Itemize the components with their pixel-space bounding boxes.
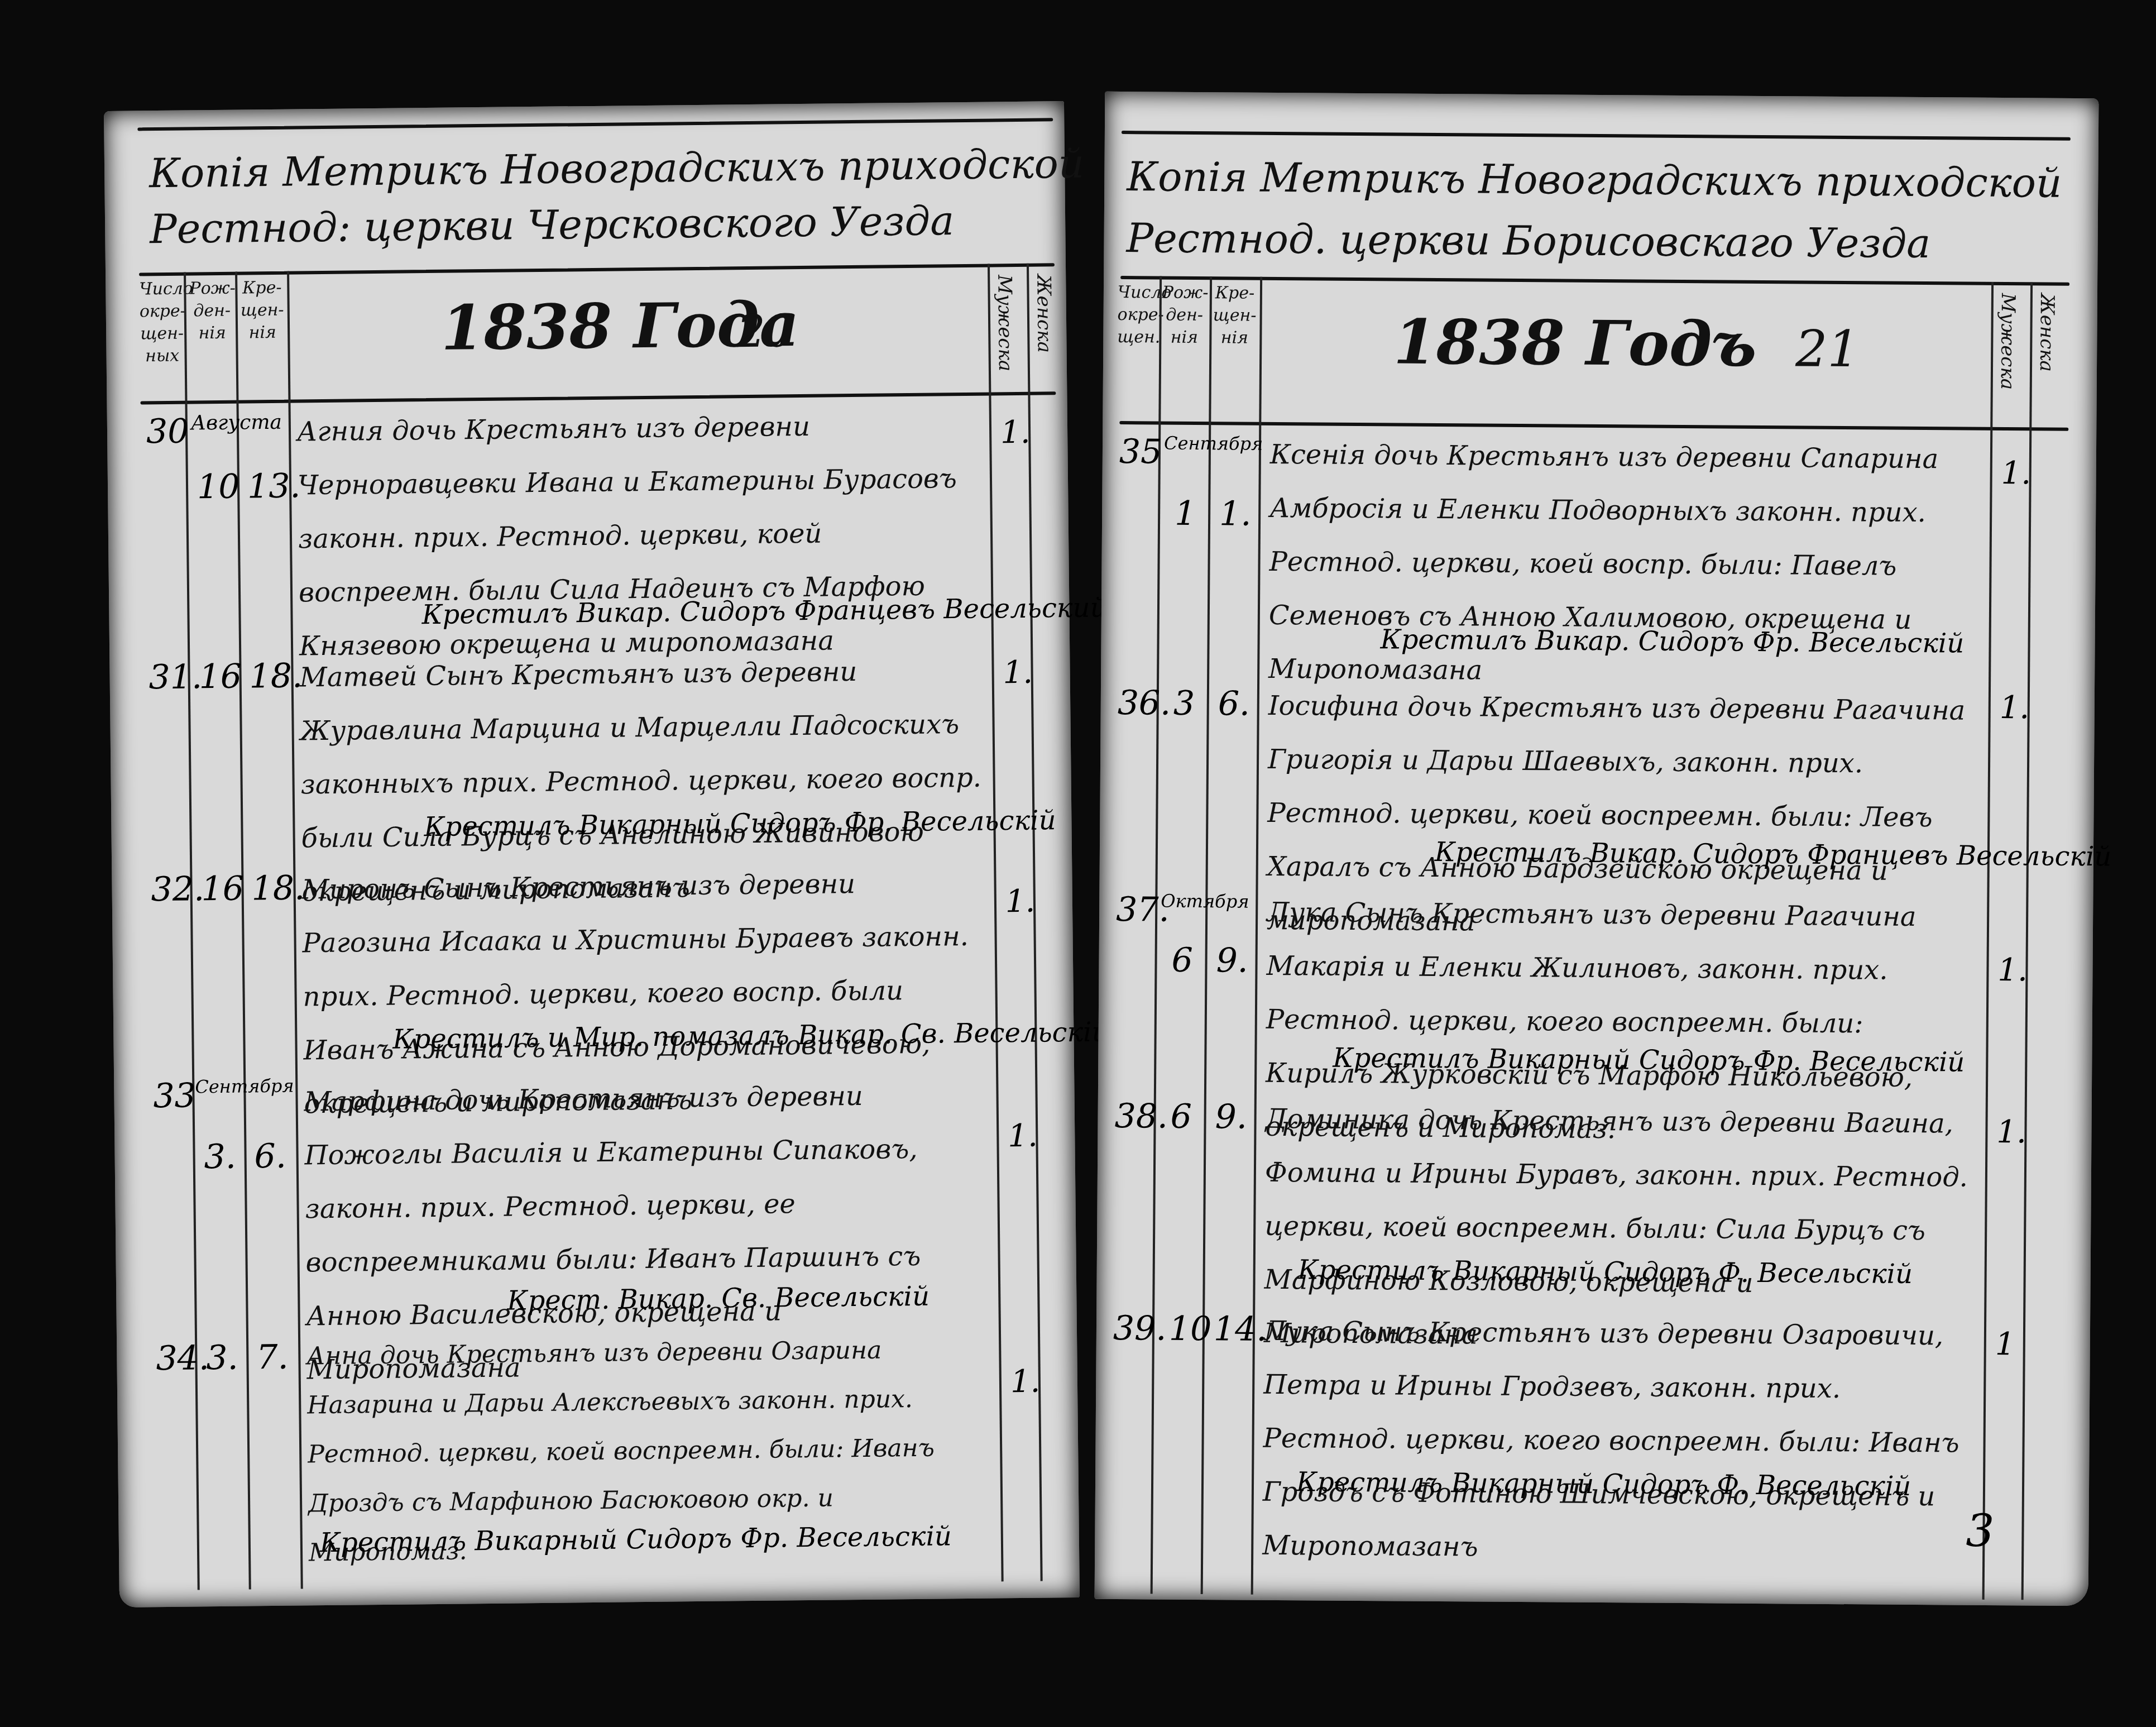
right-header-line2: Рестнод. церкви Борисовскаго Уезда [1126, 214, 1930, 267]
entry-baptized: 18. [251, 868, 305, 908]
entry-female-count: 1. [2001, 455, 2031, 491]
entry-baptized: 9. [1216, 941, 1248, 980]
entry-born: 3 [1173, 684, 1195, 723]
entry-baptized: 14. [1214, 1309, 1267, 1349]
entry-male-count: 1. [1997, 952, 2028, 988]
col-header-baptized: Кре- щен- нія [1212, 282, 1257, 350]
entry-baptized: 6. [1218, 684, 1251, 723]
left-header-line2: Рестнод: церкви Черсковского Уезда [150, 197, 955, 252]
entry-born: 16 [199, 657, 242, 697]
entry-female-count: 1. [1996, 1114, 2026, 1150]
left-page: Копія Метрикъ Новоградскихъ приходской Р… [104, 101, 1080, 1608]
entry-signature: Крестилъ Викар. Сидоръ Фр. Весельскій [1380, 624, 1964, 659]
entry-baptized: 13. [247, 466, 301, 506]
col-rule [1982, 282, 1994, 1600]
entry-number: 31. [148, 657, 202, 697]
entry-month: Сентября [1164, 433, 1263, 455]
entry-born: 3. [206, 1338, 238, 1378]
entry-born: 10 [197, 467, 240, 507]
col-header-female: Женска [1032, 274, 1055, 353]
entry-male-count: 1. [1005, 883, 1036, 920]
header-rule-mid [139, 263, 1055, 276]
col-rule [1251, 277, 1262, 1595]
entry-baptized: 1. [1219, 494, 1252, 533]
entry-signature: Крестилъ Викарный Сидоръ Фр. Весельскій [424, 805, 1056, 843]
header-rule-mid [1120, 276, 2069, 286]
entry-month: Октября [1161, 891, 1249, 912]
entry-baptized: 9. [1215, 1097, 1247, 1136]
entry-text: Лука Сынъ Крестьянъ изъ деревни Озарович… [1262, 1304, 1973, 1577]
entry-born: 1 [1175, 494, 1196, 533]
left-header-line1: Копія Метрикъ Новоградскихъ приходской [149, 140, 1085, 197]
entry-number: 30 [146, 412, 189, 452]
entry-number: 39. [1113, 1309, 1167, 1348]
entry-number: 33 [153, 1076, 196, 1116]
entry-male-count: 1. [1003, 654, 1033, 691]
entry-signature: Крестилъ Викарный Сидоръ Фр. Весельскій [1333, 1042, 1965, 1078]
col-rule [1201, 276, 1212, 1594]
right-page: Копія Метрикъ Новоградскихъ приходской Р… [1095, 92, 2099, 1606]
entry-signature: Крестилъ Викарный Сидоръ Ф. Весельскій [1298, 1254, 1913, 1290]
entry-male-count: 1 [1995, 1326, 2015, 1362]
header-rule-top [1122, 131, 2071, 141]
entry-text: Агния дочь Крестьянъ изъ деревни Чернора… [297, 398, 986, 673]
entry-baptized: 6. [254, 1137, 286, 1176]
col-header-born: Рож- ден- нія [189, 278, 234, 345]
col-header-female: Женска [2035, 293, 2058, 372]
entry-born: 3. [204, 1137, 236, 1177]
entry-number: 38. [1114, 1097, 1168, 1136]
entry-signature: Крестилъ Викарный Сидоръ Ф. Весельскій [1296, 1466, 1911, 1502]
header-rule-top [137, 118, 1053, 131]
col-header-number: Число окре- щен- ных [139, 278, 185, 368]
entry-signature: Крестилъ Викарный Сидоръ Фр. Весельскій [320, 1520, 952, 1558]
col-header-baptized: Кре- щен- нія [239, 277, 285, 345]
entry-female-count: 1. [2000, 690, 2030, 726]
entry-baptized: 18. [249, 656, 303, 696]
entry-number: 35 [1119, 432, 1162, 472]
entry-born: 6 [1170, 1097, 1192, 1136]
entry-number: 36. [1118, 683, 1171, 723]
entry-female-count: 1. [1010, 1364, 1041, 1400]
col-rule [1151, 276, 1162, 1594]
entry-born: 6 [1171, 941, 1193, 980]
entry-month: Сентября [195, 1075, 294, 1098]
entry-baptized: 7. [256, 1338, 289, 1377]
right-header-line1: Копія Метрикъ Новоградскихъ приходской [1127, 153, 2062, 207]
col-header-born: Рож- ден- нія [1162, 282, 1207, 350]
entry-born: 16 [201, 869, 244, 909]
col-header-male: Мужеска [1996, 293, 2019, 390]
entry-month: Августа [191, 411, 282, 435]
entry-signature: Крест. Викар. Св. Весельскій [507, 1281, 930, 1317]
entry-number: 32. [151, 869, 204, 909]
left-page-number: 20 [737, 305, 794, 357]
entry-female-count: 1. [1000, 414, 1031, 451]
entry-signature: Крестилъ Викар. Сидоръ Францевъ Весельск… [421, 592, 1108, 630]
right-page-number: 21 [1795, 319, 1860, 379]
entry-female-count: 1. [1008, 1118, 1038, 1155]
entry-born: 10 [1169, 1309, 1212, 1349]
col-header-number: Число окре- щен. [1117, 281, 1157, 348]
entry-text: Ксенія дочь Крестьянъ изъ деревни Сапари… [1268, 428, 1979, 701]
col-header-male: Мужеска [993, 275, 1017, 371]
entry-number: 34. [156, 1338, 209, 1378]
footer-mark: 3 [1966, 1505, 1995, 1557]
right-year-label: 1838 Годъ [1393, 305, 1757, 380]
entry-signature: Крестилъ Викар. Сидоръ Францевъ Весельск… [1435, 836, 2112, 872]
